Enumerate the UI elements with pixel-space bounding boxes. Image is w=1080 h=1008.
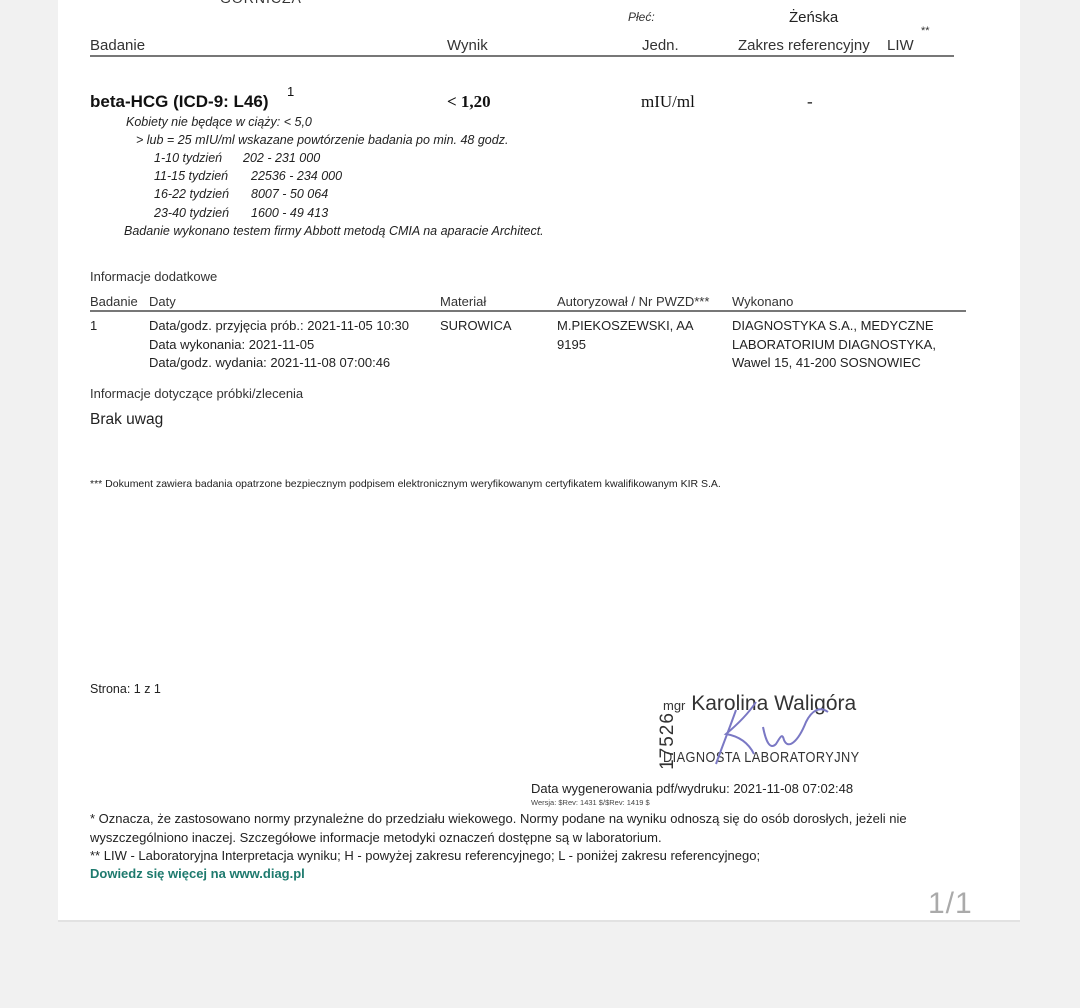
authorized-number: 9195 — [557, 336, 694, 355]
performed-line: DIAGNOSTYKA S.A., MEDYCZNE — [732, 317, 936, 336]
header-divider — [90, 55, 954, 57]
note-repeat: > lub = 25 mIU/ml wskazane powtórzenie b… — [136, 133, 508, 147]
range-value: 22536 - 234 000 — [251, 169, 342, 183]
column-header-unit: Jedn. — [642, 37, 679, 54]
column-header-reference: Zakres referencyjny — [738, 37, 870, 54]
info-header-dates: Daty — [149, 294, 176, 309]
column-header-test: Badanie — [90, 37, 145, 54]
note-non-pregnant: Kobiety nie będące w ciąży: < 5,0 — [126, 115, 312, 129]
sample-info-value: Brak uwag — [90, 411, 163, 429]
pdf-page: GÓRNICZA Płeć: Żeńska Badanie Wynik Jedn… — [58, 0, 1020, 922]
range-value: 1600 - 49 413 — [251, 206, 328, 220]
range-weeks: 11-15 tydzień — [154, 169, 228, 183]
page-indicator: 1/1 — [928, 887, 973, 921]
date-issued: Data/godz. wydania: 2021-11-08 07:00:46 — [149, 354, 409, 373]
kir-signature-note: *** Dokument zawiera badania opatrzone b… — [90, 478, 721, 490]
footnote-line: wyszczególniono inaczej. Szczegółowe inf… — [90, 830, 662, 845]
info-header-performed: Wykonano — [732, 294, 793, 309]
column-header-liw: LIW — [887, 37, 914, 54]
page-number-label: Strona: 1 z 1 — [90, 682, 161, 696]
info-performed: DIAGNOSTYKA S.A., MEDYCZNE LABORATORIUM … — [732, 317, 936, 373]
authorized-name: M.PIEKOSZEWSKI, AA — [557, 317, 694, 336]
version-label: Wersja: $Rev: 1431 $/$Rev: 1419 $ — [531, 798, 650, 807]
info-test-number: 1 — [90, 317, 97, 336]
range-weeks: 16-22 tydzień — [154, 187, 229, 201]
sample-info-title: Informacje dotyczące próbki/zlecenia — [90, 386, 303, 401]
generated-timestamp: Data wygenerowania pdf/wydruku: 2021-11-… — [531, 781, 853, 796]
performed-line: LABORATORIUM DIAGNOSTYKA, — [732, 336, 936, 355]
info-authorized: M.PIEKOSZEWSKI, AA 9195 — [557, 317, 694, 354]
method-note: Badanie wykonano testem firmy Abbott met… — [124, 224, 544, 238]
footnote-line: * Oznacza, że zastosowano normy przynale… — [90, 811, 907, 826]
result-unit: mIU/ml — [641, 92, 695, 112]
info-divider — [90, 310, 966, 312]
range-value: 202 - 231 000 — [243, 151, 320, 165]
info-material: SUROWICA — [440, 317, 512, 336]
date-performed: Data wykonania: 2021-11-05 — [149, 336, 409, 355]
info-dates: Data/godz. przyjęcia prób.: 2021-11-05 1… — [149, 317, 409, 373]
cut-off-header-text: GÓRNICZA — [220, 0, 302, 6]
sex-value: Żeńska — [789, 9, 838, 26]
sex-label: Płeć: — [628, 10, 655, 24]
range-value: 8007 - 50 064 — [251, 187, 328, 201]
stamp-prefix: mgr — [663, 698, 685, 713]
column-header-result: Wynik — [447, 37, 488, 54]
diag-website-link[interactable]: Dowiedz się więcej na www.diag.pl — [90, 866, 305, 881]
info-header-material: Materiał — [440, 294, 486, 309]
range-weeks: 23-40 tydzień — [154, 206, 229, 220]
date-received: Data/godz. przyjęcia prób.: 2021-11-05 1… — [149, 317, 409, 336]
result-value: < 1,20 — [447, 92, 491, 112]
performed-line: Wawel 15, 41-200 SOSNOWIEC — [732, 354, 936, 373]
liw-footnote-marker: ** — [921, 25, 930, 37]
test-footnote-ref: 1 — [287, 84, 294, 99]
handwritten-signature-icon — [708, 692, 838, 767]
result-reference: - — [807, 92, 813, 112]
info-header-authorized: Autoryzował / Nr PWZD*** — [557, 294, 709, 309]
additional-info-title: Informacje dodatkowe — [90, 269, 217, 284]
test-name: beta-HCG (ICD-9: L46) — [90, 92, 269, 112]
footnote-line: ** LIW - Laboratoryjna Interpretacja wyn… — [90, 848, 760, 863]
info-header-test: Badanie — [90, 294, 138, 309]
range-weeks: 1-10 tydzień — [154, 151, 222, 165]
